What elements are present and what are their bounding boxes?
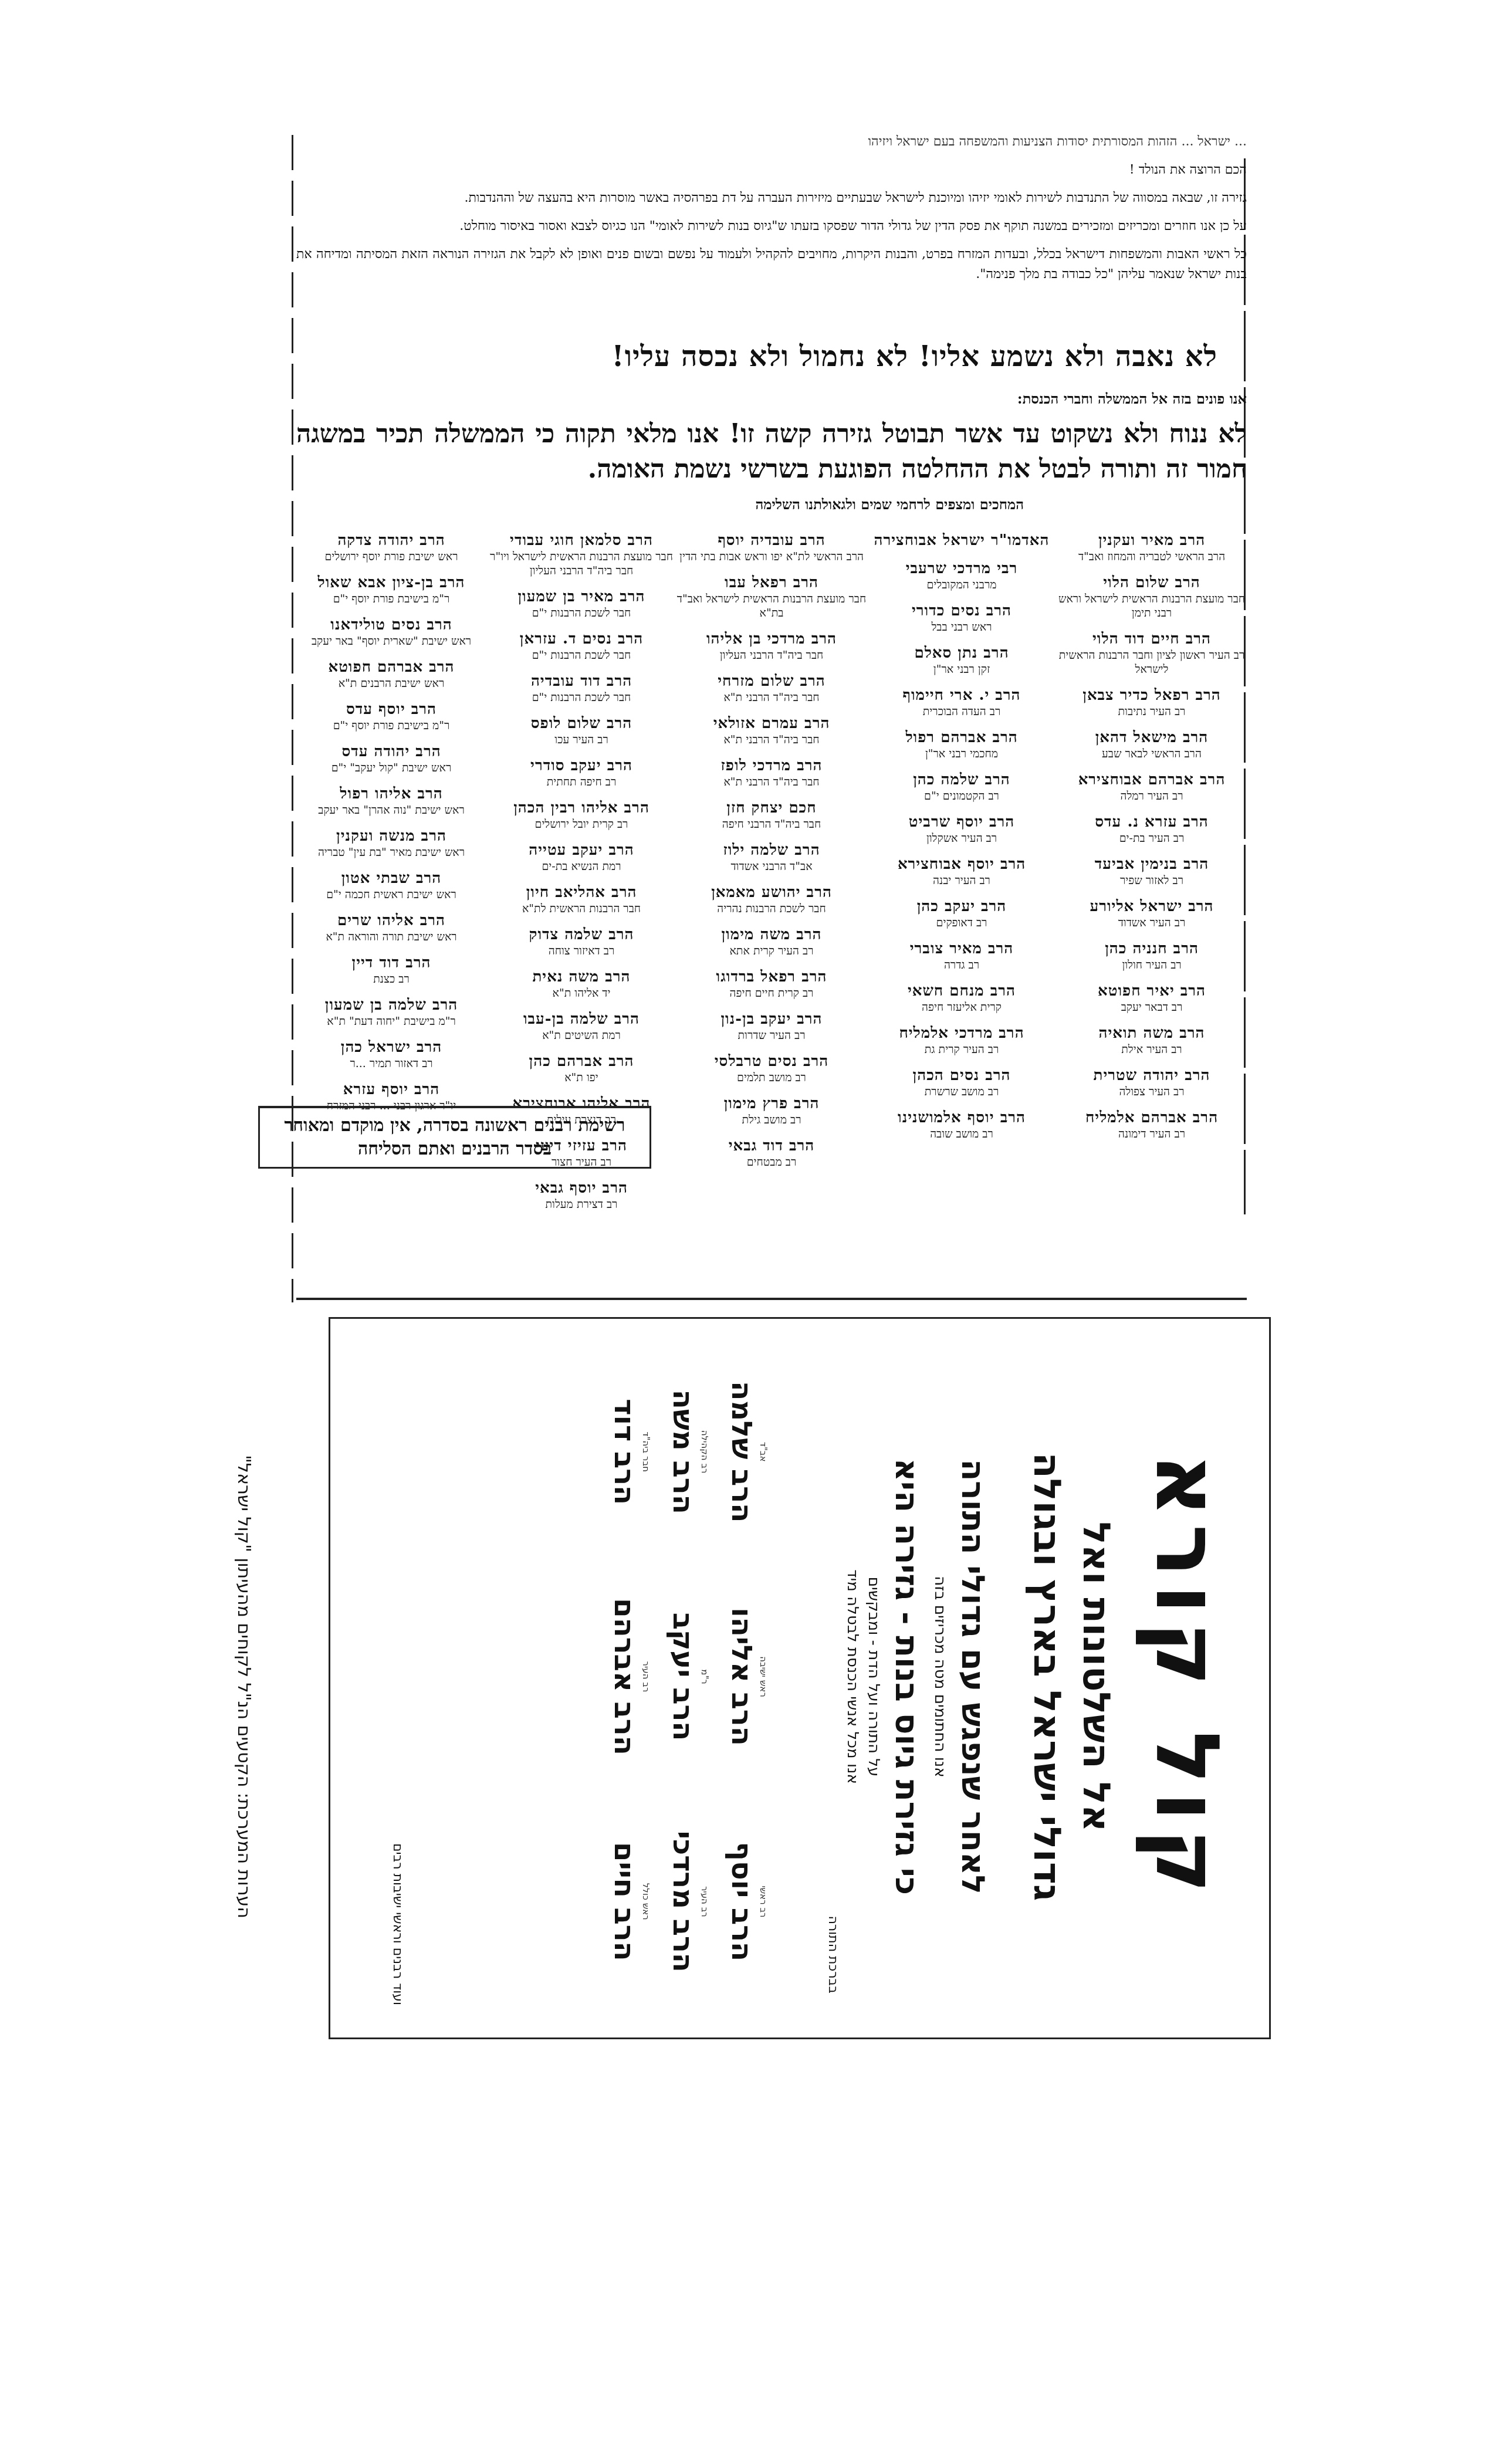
signatory-entry: הרב בנימין אביעדרב לאזור שפיר (1095, 855, 1209, 888)
signatory-name: הרב מאיר ועקנין (1078, 531, 1225, 550)
slogan-heading: לא נאבה ולא נשמע אליו! לא נחמול ולא נכסה… (612, 340, 1217, 373)
signatory-entry: הרב דוד דייןרב כצנת (352, 953, 431, 986)
signatory-title: ראש רבני בבל (912, 620, 1012, 634)
signatory-name: הרב שלום הלוי (1057, 573, 1247, 592)
proclamation-footnote: ועוד רבנים וראשי ישיבות רבים (390, 1348, 405, 2005)
signatory-title: חבר ביה"ד הרבני ת"א (721, 775, 823, 789)
signatory-name: הרב שלמה צדוק (529, 925, 634, 944)
proclamation-signatories: רב ראשיהרב יוסףראש ישיבההרב אליהואב"דהרב… (608, 1348, 769, 2005)
signatory-entry: הרב נסים כדוריראש רבני בבל (912, 601, 1012, 634)
proclamation-signatory-title: רב העיר (641, 1573, 651, 1780)
signatory-name: הרב נסים טולידאנו (312, 615, 471, 634)
signatory-entry: הרב אברהם כהןיפו ת"א (529, 1052, 634, 1085)
signatory-name: הרב יהודה צדקה (324, 531, 458, 550)
signatory-entry: הרב שלום לופסרב העיר עכו (531, 714, 632, 747)
signatory-entry: הרב חיים דוד הלוירב העיר ראשון לציון וחב… (1057, 629, 1247, 676)
signatory-name: הרב יוסף עזרא (327, 1080, 456, 1099)
signatory-title: רב קרית יובל ירושלים (513, 817, 649, 831)
signatory-entry: הרב שלמה בן שמעוןר"מ בישיבת "יחוה דעת" ת… (325, 996, 458, 1028)
signatory-title: ראש ישיבת תורה והוראה ת"א (326, 930, 456, 944)
proclamation-signatory-name: הרב מרדכי (667, 1798, 699, 2005)
signatory-title: רמת השיטים ת"א (523, 1028, 640, 1043)
signatory-name: הרב בן-ציון אבא שאול (318, 573, 465, 592)
signatory-title: ר"מ בישיבת פורת יוסף י"ם (318, 592, 465, 606)
signatory-entry: הרב יאיר חפוטארב דבאר יעקב (1098, 981, 1206, 1014)
signatory-title: חבר ביה"ד הרבני ת"א (713, 733, 830, 747)
signatory-title: רב העיר חולון (1105, 958, 1199, 972)
section-divider (296, 1298, 1247, 1300)
subtitle-line: גדולי ישראל בארץ ובגולה (1022, 1325, 1071, 2029)
signatory-entry: הרב שבתי אטוןראש ישיבת ראשית חכמה י"ם (326, 869, 456, 902)
signatory-name: הרב שלום לופס (531, 714, 632, 733)
signatory-name: הרב אברהם חפוטא (328, 658, 454, 676)
signatory-title: רב מושב תלמים (715, 1071, 828, 1085)
signatory-title: חבר הרבנות הראשית לת"א (522, 902, 641, 916)
ordering-notice-box: רשימת רבנים ראשונה בסדרה, אין מוקדם ומאו… (258, 1106, 651, 1169)
signatory-column: האדמו"ר ישראל אבוחצירהרבי מרדכי שרעבימרב… (867, 525, 1057, 1299)
signatory-title: מרבני המקובלים (906, 578, 1018, 592)
signatory-name: הרב שבתי אטון (326, 869, 456, 888)
signatory-name: הרב מרדכי לופז (721, 756, 823, 775)
proclamation-signatory: רב ראשיהרב יוסף (725, 1798, 769, 2005)
signatory-entry: הרב נסים הכהןרב מושב שרשרת (913, 1066, 1011, 1099)
signatory-entry: הרב יוסף עדסר"מ בישיבת פורת יוסף י"ם (333, 700, 450, 733)
signatory-name: הרב מאיר בן שמעון (517, 587, 645, 606)
signatory-title: קרית אליעזר חיפה (908, 1000, 1016, 1014)
signatory-title: רב דבאר יעקב (1098, 1000, 1206, 1014)
proclamation-signatory-name: הרב אברהם (608, 1573, 641, 1780)
signatory-name: רבי מרדכי שרעבי (906, 559, 1018, 578)
proclamation-signatory: אב"דהרב שלמה (725, 1348, 769, 1555)
signatory-title: יפו ת"א (529, 1071, 634, 1085)
signatory-title: רב מושב שרשרת (913, 1085, 1011, 1099)
signatory-entry: הרב שלמה כהןרב הקטמונים י"ם (913, 770, 1010, 803)
intro-paragraph: גזירה זו, שבאה במסווה של התנדבות לשירות … (296, 188, 1247, 208)
proclamation-line: אנו החתומים מטה מכריזים בזה (931, 1325, 949, 2029)
signatory-name: הרב יהודה שטרית (1094, 1066, 1210, 1085)
signatory-title: חבר לשכת הרבנות י"ם (517, 606, 645, 620)
proclamation-line: על התורה ועל הדת - ומבקשים (865, 1325, 882, 2029)
signatory-title: ראש ישיבת פורת יוסף ירושלים (324, 550, 458, 564)
signatory-name: האדמו"ר ישראל אבוחצירה (874, 531, 1050, 550)
signatory-name: הרב אברהם כהן (529, 1052, 634, 1071)
signatory-name: הרב אליהו רבין הכהן (513, 798, 649, 817)
proclamation-signatory-name: הרב יוסף (725, 1798, 758, 2005)
signatory-entry: הרב אליהו רבין הכהןרב קרית יובל ירושלים (513, 798, 649, 831)
closing-line: המחכים ומצפים לרחמי שמים ולגאולתנו השלימ… (756, 496, 1024, 513)
proclamation-signatory: רב העירהרב אברהם (608, 1573, 651, 1780)
intro-paragraph: הכם הרוצה את הנולד ! (296, 160, 1247, 180)
signatory-entry: הרב רפאל ברדוגורב קרית חיים חיפה (716, 967, 827, 1000)
proclamation-signatory-name: הרב חיים (608, 1798, 641, 2005)
signatory-entry: הרב אברהם אלמליחרב העיר דימונה (1085, 1108, 1218, 1141)
signatory-name: הרב בנימין אביעד (1095, 855, 1209, 874)
signatory-title: רב העיר צפולה (1094, 1085, 1210, 1099)
signatory-entry: הרב יוסף גבאירב דצירת מעלות (535, 1179, 628, 1211)
signatory-name: הרב אליהו שרים (326, 911, 456, 930)
signatory-title: רב העיר רמלה (1078, 789, 1226, 803)
proclamation-signatory-name: הרב דוד (608, 1348, 641, 1555)
signatory-name: הרב מרדכי בן אליהו (706, 629, 837, 648)
proclamation-subtitle: אל השלטונות ואל גדולי ישראל בארץ ובגולה (1022, 1325, 1121, 2029)
proclamation-signatory-title: ראש ישיבה (758, 1573, 769, 1780)
signatory-entry: הרב יהודה עדסראש ישיבת "קול יעקב" י"ם (331, 742, 452, 775)
signatory-entry: הרב משה נאיתיד אליהו ת"א (533, 967, 631, 1000)
side-caption-text: הערות המערכת: הקטעים הנ"ל לקוחים מהעיתון… (234, 1455, 254, 1918)
signatory-title: ר"מ בישיבת פורת יוסף י"ם (333, 719, 450, 733)
signatory-title: רב קרית חיים חיפה (716, 986, 827, 1000)
signatory-title: רב העיר אילת (1098, 1043, 1205, 1057)
signatory-name: הרב עזרא נ. עדס (1095, 813, 1208, 831)
signatory-name: הרב י. ארי חיימוף (902, 686, 1020, 705)
signatory-name: הרב שלמה בן שמעון (325, 996, 458, 1014)
signatory-title: רב דאופקים (917, 916, 1007, 930)
signatory-entry: הרב שלמה צדוקרב דאיזור צוחה (529, 925, 634, 958)
signatory-entry: הרב עובדיה יוסףהרב הראשי לת"א יפו וראש א… (679, 531, 864, 564)
proclamation-title: קול קורא (1136, 1325, 1238, 2029)
proclamation-signatory-title: רב ראשי (758, 1798, 769, 2005)
signatory-title: רב העיר עכו (531, 733, 632, 747)
signatory-entry: הרב שלום הלויחבר מועצת הרבנות הראשית ליש… (1057, 573, 1247, 620)
signatory-title: רב דצירת מעלות (535, 1197, 628, 1211)
signatory-entry: הרב מרדכי בן אליהוחבר ביה"ד הרבני העליון (706, 629, 837, 662)
signatory-entry: הרב אברהם רפולמחכמי רבני אר"ן (905, 728, 1017, 761)
signatory-entry: הרב בן-ציון אבא שאולר"מ בישיבת פורת יוסף… (318, 573, 465, 606)
signatory-title: רב מבטחים (729, 1155, 815, 1169)
proclamation-signatory-title: ר"מ (699, 1573, 710, 1780)
signatory-name: הרב נסים כדורי (912, 601, 1012, 620)
signatory-entry: הרב דוד עובדיהחבר לשכת הרבנות י"ם (531, 672, 632, 705)
proclamation-body: לאחר שנפגש עם גדולי התורהאנו החתומים מטה… (823, 1325, 997, 2029)
proclamation-signatory-name: הרב שלמה (725, 1348, 758, 1555)
signatory-title: רב גדרה (910, 958, 1013, 972)
signatory-name: הרב סלמאן חוגי עבודי (486, 531, 676, 550)
signatory-entry: הרב סלמאן חוגי עבודיחבר מועצת הרבנות הרא… (486, 531, 676, 578)
signatory-title: חבר ביה"ד הרבני חיפה (722, 817, 821, 831)
signatory-name: הרב יוסף אלמושנינו (898, 1108, 1026, 1127)
signatory-title: חבר לשכת הרבנות י"ם (520, 648, 643, 662)
proclamation-signatory: רב הקהילההרב משה (667, 1348, 710, 1555)
proclamation-signatory-title: חבר ביה"ד (641, 1348, 651, 1555)
appeal-heading: לא ננוח ולא נשקוט עד אשר תבוטל גזירה קשה… (296, 417, 1247, 487)
subtitle-line: אל השלטונות ואל (1071, 1325, 1121, 2029)
signatory-columns: הרב מאיר ועקניןהרב הראשי לטבריה והמחוז ו… (296, 525, 1247, 1299)
signatory-title: מחכמי רבני אר"ן (905, 747, 1017, 761)
proclamation-signatory-name: הרב אליהו (725, 1573, 758, 1780)
signatory-entry: הרב נסים טרבלסירב מושב תלמים (715, 1052, 828, 1085)
signatory-entry: הרב מישאל דהאןהרב הראשי לבאר שבע (1095, 728, 1209, 761)
signatory-column: הרב יהודה צדקהראש ישיבת פורת יוסף ירושלי… (296, 525, 486, 1299)
proclamation-signatory-title: ראש כולל (641, 1798, 651, 2005)
signatory-entry: הרב חנניה כהןרב העיר חולון (1105, 939, 1199, 972)
signatory-title: ראש ישיבת מאיר "בת עין" טבריה (318, 845, 465, 859)
signatory-title: רב חיפה תחתית (530, 775, 632, 789)
rotated-content: קול קורא אל השלטונות ואל גדולי ישראל באר… (340, 1325, 1256, 2029)
signatory-entry: הרב משה תואיהרב העיר אילת (1098, 1024, 1205, 1057)
signatory-title: ראש ישיבת "שארית יוסף" באר יעקב (312, 634, 471, 648)
signatory-title: רב העיר ראשון לציון וחבר הרבנות הראשית ל… (1057, 648, 1247, 676)
signatory-title: רב העדה הבוכרית (902, 705, 1020, 719)
proclamation-signatory: חבר ביה"דהרב דוד (608, 1348, 651, 1555)
signatory-title: ראש ישיבת הרבנים ת"א (328, 676, 454, 691)
intro-paragraph: כל ראשי האבות והמשפחות דישראל בכלל, ובעד… (296, 245, 1247, 285)
proclamation-line: אנו מכל אנשי הכנסת לבטלה מיד (844, 1325, 861, 2029)
signatory-entry: הרב יוסף אלמושנינורב מושב שובה (898, 1108, 1026, 1141)
signatory-name: הרב פרץ מימון (724, 1094, 820, 1113)
signatory-name: הרב יוסף עדס (333, 700, 450, 719)
signatory-entry: הרב ישראל כהןרב דאזור תמיר ...ר (341, 1038, 442, 1071)
signatory-entry: הרב מאיר בן שמעוןחבר לשכת הרבנות י"ם (517, 587, 645, 620)
proclamation-signatory-title: אב"ד (758, 1348, 769, 1555)
signatory-title: רב לאזור שפיר (1095, 874, 1209, 888)
signatory-title: חבר מועצת הרבנות הראשית לישראל ואב"ד בת"… (676, 592, 867, 620)
signatory-entry: הרב אליהו שריםראש ישיבת תורה והוראה ת"א (326, 911, 456, 944)
signatory-name: הרב אליהו רפול (318, 784, 464, 803)
signatory-name: הרב משה תואיה (1098, 1024, 1205, 1043)
signatory-name: הרב יעקב כהן (917, 897, 1007, 916)
signatory-column: הרב מאיר ועקניןהרב הראשי לטבריה והמחוז ו… (1057, 525, 1247, 1299)
signatory-title: רב דאיזור צוחה (529, 944, 634, 958)
signatory-title: רב דאזור תמיר ...ר (341, 1057, 442, 1071)
signatory-name: הרב ישראל אליורע (1090, 897, 1213, 916)
appeal-lead: אנו פונים בזה אל הממשלה וחברי הכנסת: (1017, 390, 1247, 408)
signatory-entry: הרב נסים טולידאנוראש ישיבת "שארית יוסף" … (312, 615, 471, 648)
signatory-name: הרב רפאל עבו (676, 573, 867, 592)
signatory-title: אב"ד הרבני אשדוד (723, 859, 820, 874)
signatory-entry: הרב מאיר ועקניןהרב הראשי לטבריה והמחוז ו… (1078, 531, 1225, 564)
signatory-name: הרב נתן סאלם (914, 644, 1009, 662)
signatory-name: הרב שלום מזרחי (718, 672, 825, 691)
signatory-entry: הרב יעקב כהןרב דאופקים (917, 897, 1007, 930)
signatory-entry: הרב יהודה צדקהראש ישיבת פורת יוסף ירושלי… (324, 531, 458, 564)
signatory-column: הרב סלמאן חוגי עבודיחבר מועצת הרבנות הרא… (486, 525, 676, 1299)
signatory-name: הרב שלמה כהן (913, 770, 1010, 789)
signatory-entry: הרב נתן סאלםזקן רבני אר"ן (914, 644, 1009, 676)
signatory-entry: הרב מנשה ועקניןראש ישיבת מאיר "בת עין" ט… (318, 827, 465, 859)
signatory-title: חבר ביה"ד הרבני העליון (706, 648, 837, 662)
signatory-entry: הרב ישראל אליורערב העיר אשדוד (1090, 897, 1213, 930)
signatory-name: הרב מנחם חשאי (908, 981, 1016, 1000)
signatory-name: הרב יוסף אבוחצירא (898, 855, 1026, 874)
signatory-entry: הרב פרץ מימוןרב מושב גילת (724, 1094, 820, 1127)
signatory-title: חבר מועצת הרבנות הראשית לישראל וראש רבני… (1057, 592, 1247, 620)
signatory-name: הרב משה נאית (533, 967, 631, 986)
signatory-name: הרב מאיר צוברי (910, 939, 1013, 958)
signatory-entry: הרב מאיר צוברירב גדרה (910, 939, 1013, 972)
signatory-title: הרב הראשי לת"א יפו וראש אבות בתי הדין (679, 550, 864, 564)
signatory-name: הרב חיים דוד הלוי (1057, 629, 1247, 648)
signatory-name: הרב משה מימון (721, 925, 821, 944)
signatory-entry: הרב מרדכי אלמליחרב העיר קרית גת (899, 1024, 1024, 1057)
signatory-name: הרב דוד גבאי (729, 1136, 815, 1155)
signatory-name: הרב יעקב סודרי (530, 756, 632, 775)
signatory-name: הרב נסים הכהן (913, 1066, 1011, 1085)
intro-text: ... ישראל ... הזהות המסורתית יסודות הצני… (296, 132, 1247, 293)
scanned-page: ... ישראל ... הזהות המסורתית יסודות הצני… (0, 0, 1502, 2464)
signatory-name: הרב דוד דיין (352, 953, 431, 972)
signatory-name: הרב שלמה ילוז (723, 841, 820, 859)
signatory-name: הרב רפאל כדיר צבאן (1082, 686, 1220, 705)
signatory-entry: הרב שלמה בן-עבורמת השיטים ת"א (523, 1010, 640, 1043)
signatory-name: הרב יהושע מאמאן (711, 883, 832, 902)
signatory-entry: הרב אליהו רפולראש ישיבת "נוה אהרן" באר י… (318, 784, 464, 817)
proclamation-signatory-name: הרב משה (667, 1348, 699, 1555)
proclamation-line: בברכת התורה (826, 1325, 840, 2029)
signatory-title: רב הקטמונים י"ם (913, 789, 1010, 803)
signatory-column: הרב עובדיה יוסףהרב הראשי לת"א יפו וראש א… (676, 525, 867, 1299)
proclamation-signatory-title: רב הקהילה (699, 1348, 710, 1555)
signatory-title: הרב הראשי לבאר שבע (1095, 747, 1209, 761)
signatory-name: הרב יאיר חפוטא (1098, 981, 1206, 1000)
signatory-title: חבר ביה"ד הרבני ת"א (718, 691, 825, 705)
signatory-name: הרב יוסף גבאי (535, 1179, 628, 1197)
intro-paragraph: על כן אנו חוזרים ומכריזים ומזכירים במשנה… (296, 216, 1247, 236)
signatory-name: הרב יוסף שרביט (909, 813, 1014, 831)
signatory-entry: הרב יוסף שרביטרב העיר אשקלון (909, 813, 1014, 845)
signatory-entry: הרב מרדכי לופזחבר ביה"ד הרבני ת"א (721, 756, 823, 789)
proclamation-signatory: ראש כוללהרב חיים (608, 1798, 651, 2005)
signatory-title: חבר מועצת הרבנות הראשית לישראל ויו"ר חבר… (486, 550, 676, 578)
proclamation-line: כי גזירת גיוס בנות - גזירה היא (888, 1325, 925, 2029)
signatory-title: רב העיר אשקלון (909, 831, 1014, 845)
signatory-name: הרב ישראל כהן (341, 1038, 442, 1057)
signatory-title: רב העיר קרית גת (899, 1043, 1024, 1057)
signatory-title: רב העיר אשדוד (1090, 916, 1213, 930)
signatory-name: הרב יהודה עדס (331, 742, 452, 761)
signatory-entry: הרב משה מימוןרב העיר קרית אתא (721, 925, 821, 958)
proclamation-signatory: ראש ישיבההרב אליהו (725, 1573, 769, 1780)
signatory-title: רמת הנשיא בת-ים (529, 859, 634, 874)
signatory-entry: הרב רפאל עבוחבר מועצת הרבנות הראשית לישר… (676, 573, 867, 620)
signatory-name: הרב אהליאב חיון (522, 883, 641, 902)
signatory-entry: הרב יוסף אבוחצירארב העיר יבנה (898, 855, 1026, 888)
signatory-entry: הרב מנחם חשאיקרית אליעזר חיפה (908, 981, 1016, 1014)
signatory-title: חבר לשכת הרבנות נהריה (711, 902, 832, 916)
signatory-title: חבר לשכת הרבנות י"ם (531, 691, 632, 705)
signatory-title: ראש ישיבת "קול יעקב" י"ם (331, 761, 452, 775)
signatory-entry: חכם יצחק חזןחבר ביה"ד הרבני חיפה (722, 798, 821, 831)
signatory-name: הרב נסים ד. עזראן (520, 629, 643, 648)
signatory-name: הרב אברהם רפול (905, 728, 1017, 747)
signatory-name: הרב אברהם אלמליח (1085, 1108, 1218, 1127)
signatory-entry: הרב רפאל כדיר צבאןרב העיר נתיבות (1082, 686, 1220, 719)
signatory-title: ר"מ בישיבת "יחוה דעת" ת"א (325, 1014, 458, 1028)
signatory-entry: הרב יעקב עטייהרמת הנשיא בת-ים (529, 841, 634, 874)
signatory-title: רב העיר נתיבות (1082, 705, 1220, 719)
signatory-entry: הרב אברהם אבוחצירארב העיר רמלה (1078, 770, 1226, 803)
signatory-title: רב העיר בת-ים (1095, 831, 1208, 845)
signatory-name: הרב אברהם אבוחצירא (1078, 770, 1226, 789)
signatory-entry: רבי מרדכי שרעבימרבני המקובלים (906, 559, 1018, 592)
signatory-title: ראש ישיבת "נוה אהרן" באר יעקב (318, 803, 464, 817)
signatory-name: הרב שלמה בן-עבו (523, 1010, 640, 1028)
signatory-entry: האדמו"ר ישראל אבוחצירה (874, 531, 1050, 550)
lower-clipping: קול קורא אל השלטונות ואל גדולי ישראל באר… (329, 1317, 1267, 2036)
proclamation-signatory-name: הרב יעקב (667, 1573, 699, 1780)
signatory-entry: הרב יעקב סודרירב חיפה תחתית (530, 756, 632, 789)
signatory-title: רב העיר שדרות (720, 1028, 822, 1043)
signatory-entry: הרב י. ארי חיימוףרב העדה הבוכרית (902, 686, 1020, 719)
proclamation-signatory: ר"מהרב יעקב (667, 1573, 710, 1780)
signatory-title: רב העיר קרית אתא (721, 944, 821, 958)
signatory-name: הרב חנניה כהן (1105, 939, 1199, 958)
signatory-title: זקן רבני אר"ן (914, 662, 1009, 676)
signatory-entry: הרב עזרא נ. עדסרב העיר בת-ים (1095, 813, 1208, 845)
signatory-title: רב מושב גילת (724, 1113, 820, 1127)
signatory-title: רב העיר דימונה (1085, 1127, 1218, 1141)
signatory-name: הרב דוד עובדיה (531, 672, 632, 691)
signatory-entry: הרב יהודה שטריתרב העיר צפולה (1094, 1066, 1210, 1099)
intro-paragraph: ... ישראל ... הזהות המסורתית יסודות הצני… (296, 132, 1247, 152)
signatory-entry: הרב אברהם חפוטאראש ישיבת הרבנים ת"א (328, 658, 454, 691)
signatory-title: רב מושב שובה (898, 1127, 1026, 1141)
signatory-name: הרב עמרם אזולאי (713, 714, 830, 733)
signatory-name: הרב מישאל דהאן (1095, 728, 1209, 747)
signatory-entry: הרב דוד גבאירב מבטחים (729, 1136, 815, 1169)
signatory-entry: הרב שלמה ילוזאב"ד הרבני אשדוד (723, 841, 820, 874)
signatory-name: הרב יעקב בן-נון (720, 1010, 822, 1028)
signatory-name: הרב רפאל ברדוגו (716, 967, 827, 986)
proclamation-signatory-title: רב העיר (699, 1798, 710, 2005)
signatory-title: יד אליהו ת"א (533, 986, 631, 1000)
signatory-entry: הרב שלום מזרחיחבר ביה"ד הרבני ת"א (718, 672, 825, 705)
signatory-entry: הרב עמרם אזולאיחבר ביה"ד הרבני ת"א (713, 714, 830, 747)
side-caption: הערות המערכת: הקטעים הנ"ל לקוחים מהעיתון… (232, 1332, 255, 2042)
signatory-entry: הרב יעקב בן-נוןרב העיר שדרות (720, 1010, 822, 1043)
signatory-name: הרב מנשה ועקנין (318, 827, 465, 845)
signatory-name: הרב מרדכי אלמליח (899, 1024, 1024, 1043)
signatory-name: הרב עובדיה יוסף (679, 531, 864, 550)
signatory-title: הרב הראשי לטבריה והמחוז ואב"ד (1078, 550, 1225, 564)
proclamation-signatory: רב העירהרב מרדכי (667, 1798, 710, 2005)
proclamation-line: לאחר שנפגש עם גדולי התורה (955, 1325, 992, 2029)
signatory-title: רב העיר יבנה (898, 874, 1026, 888)
signatory-name: הרב נסים טרבלסי (715, 1052, 828, 1071)
signatory-name: הרב יעקב עטייה (529, 841, 634, 859)
signatory-title: ראש ישיבת ראשית חכמה י"ם (326, 888, 456, 902)
signatory-title: רב כצנת (352, 972, 431, 986)
signatory-entry: הרב יהושע מאמאןחבר לשכת הרבנות נהריה (711, 883, 832, 916)
signatory-entry: הרב נסים ד. עזראןחבר לשכת הרבנות י"ם (520, 629, 643, 662)
signatory-name: חכם יצחק חזן (722, 798, 821, 817)
signatory-entry: הרב אהליאב חיוןחבר הרבנות הראשית לת"א (522, 883, 641, 916)
